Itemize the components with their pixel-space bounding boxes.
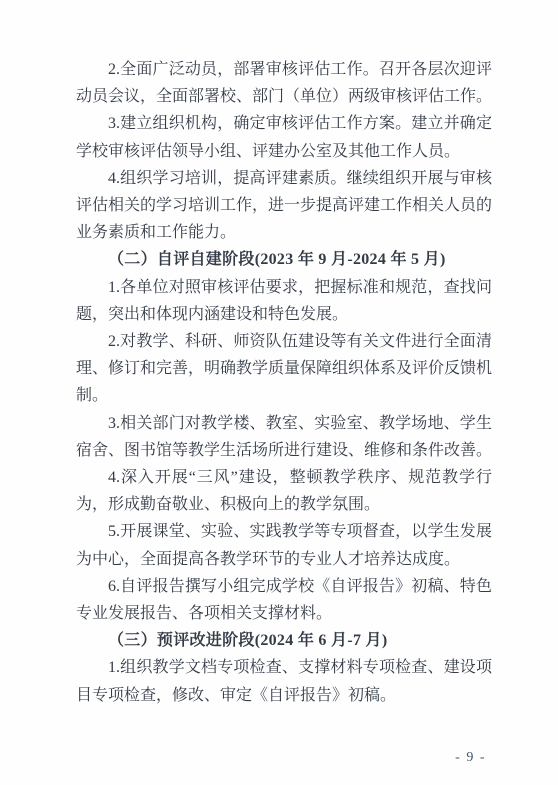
paragraph: 4.组织学习培训，提高评建素质。继续组织开展与审核评估相关的学习培训工作，进一步… xyxy=(76,165,492,247)
paragraph: 1.组织教学文档专项检查、支撑材料专项检查、建设项目专项检查，修改、审定《自评报… xyxy=(76,654,492,708)
paragraph: 3.相关部门对教学楼、教室、实验室、教学场地、学生宿舍、图书馆等教学生活场所进行… xyxy=(76,410,492,464)
section-heading: （三）预评改进阶段(2024 年 6 月-7 月) xyxy=(76,627,492,654)
page-number: - 9 - xyxy=(455,751,486,765)
paragraph: 1.各单位对照审核评估要求，把握标准和规范，查找问题，突出和体现内涵建设和特色发… xyxy=(76,274,492,328)
document-page: 2.全面广泛动员，部署审核评估工作。召开各层次迎评动员会议，全面部署校、部门（单… xyxy=(0,0,558,785)
section-heading: （二）自评自建阶段(2023 年 9 月-2024 年 5 月) xyxy=(76,246,492,273)
paragraph: 4.深入开展“三风”建设，整顿教学秩序、规范教学行为，形成勤奋敬业、积极向上的教… xyxy=(76,464,492,518)
paragraph: 5.开展课堂、实验、实践教学等专项督查，以学生发展为中心，全面提高各教学环节的专… xyxy=(76,518,492,572)
document-body: 2.全面广泛动员，部署审核评估工作。召开各层次迎评动员会议，全面部署校、部门（单… xyxy=(76,56,492,709)
paragraph: 6.自评报告撰写小组完成学校《自评报告》初稿、特色专业发展报告、各项相关支撑材料… xyxy=(76,573,492,627)
paragraph: 2.全面广泛动员，部署审核评估工作。召开各层次迎评动员会议，全面部署校、部门（单… xyxy=(76,56,492,110)
paragraph: 3.建立组织机构，确定审核评估工作方案。建立并确定学校审核评估领导小组、评建办公… xyxy=(76,110,492,164)
paragraph: 2.对教学、科研、师资队伍建设等有关文件进行全面清理、修订和完善，明确教学质量保… xyxy=(76,328,492,410)
